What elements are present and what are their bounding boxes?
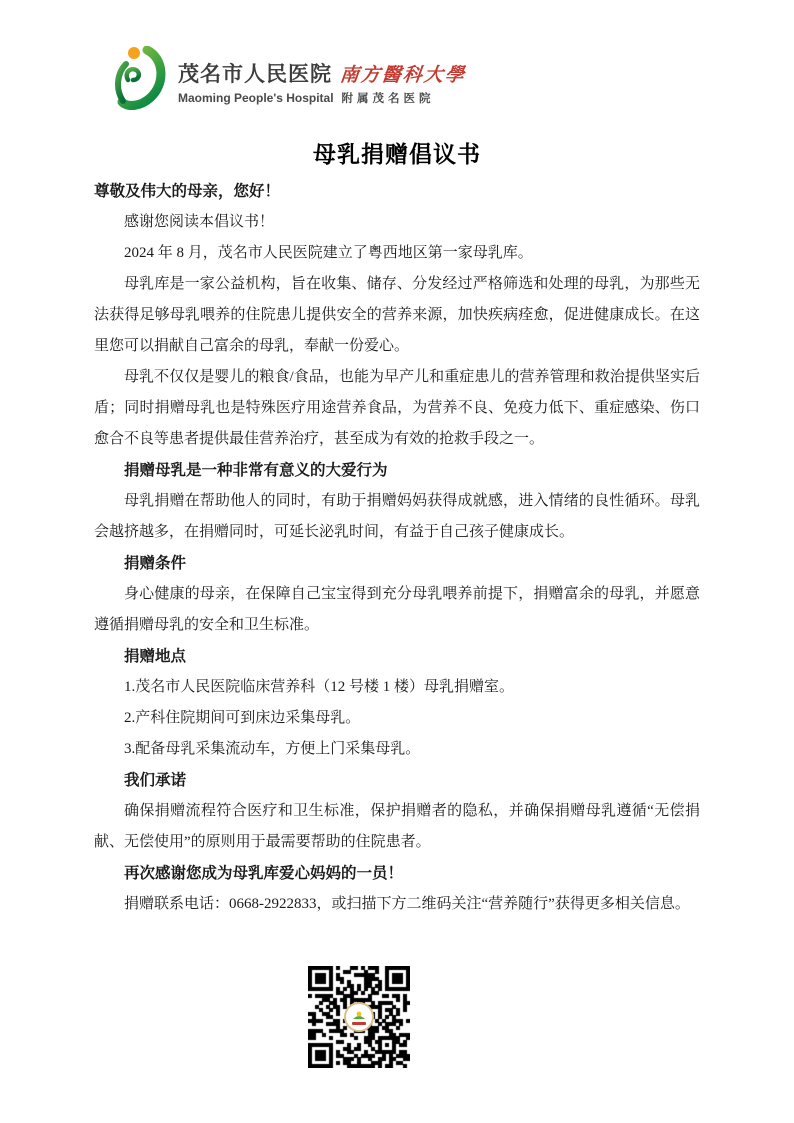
paragraph: 母乳捐赠在帮助他人的同时，有助于捐赠妈妈获得成就感，进入情绪的良性循环。母乳会越… [94,486,700,548]
paragraph: 母乳不仅仅是婴儿的粮食/食品，也能为早产儿和重症患儿的营养管理和救治提供坚实后盾… [94,362,700,455]
hospital-name-en: Maoming People's Hospital [178,91,334,105]
university-calligraphy: 南方醫科大學 [339,60,468,87]
heart-swirl-logo-icon [110,46,168,110]
greeting-line: 尊敬及伟大的母亲，您好！ [94,176,700,207]
logo-orange-dot [128,47,140,59]
document-title: 母乳捐赠倡议书 [0,136,794,169]
hospital-name-cn: 茂名市人民医院 [178,58,332,88]
qr-center-logo-text-mark [352,1022,366,1025]
contact-paragraph: 捐赠联系电话：0668-2922833，或扫描下方二维码关注“营养随行”获得更多… [94,889,700,920]
document-body: 尊敬及伟大的母亲，您好！ 感谢您阅读本倡议书！ 2024 年 8 月，茂名市人民… [94,176,700,920]
list-item: 1.茂名市人民医院临床营养科（12 号楼 1 楼）母乳捐赠室。 [94,672,700,703]
section-heading: 捐赠母乳是一种非常有意义的大爱行为 [94,455,700,486]
logo-text-block: 茂名市人民医院 南方醫科大學 Maoming People's Hospital… [178,46,466,106]
list-item: 3.配备母乳采集流动车，方便上门采集母乳。 [94,734,700,765]
paragraph: 2024 年 8 月，茂名市人民医院建立了粤西地区第一家母乳库。 [94,238,700,269]
paragraph: 确保捐赠流程符合医疗和卫生标准，保护捐赠者的隐私，并确保捐赠母乳遵循“无偿捐献、… [94,796,700,858]
section-heading: 捐赠条件 [94,548,700,579]
section-heading: 捐赠地点 [94,641,700,672]
nutrition-emblem-icon [352,1010,366,1020]
paragraph: 母乳库是一家公益机构，旨在收集、储存、分发经过严格筛选和处理的母乳，为那些无法获… [94,269,700,362]
section-heading: 再次感谢您成为母乳库爱心妈妈的一员！ [94,858,700,889]
paragraph: 身心健康的母亲，在保障自己宝宝得到充分母乳喂养前提下，捐赠富余的母乳，并愿意遵循… [94,579,700,641]
qr-center-logo [344,1002,374,1032]
paragraph: 感谢您阅读本倡议书！ [94,207,700,238]
document-page: 茂名市人民医院 南方醫科大學 Maoming People's Hospital… [0,0,794,1123]
section-heading: 我们承诺 [94,765,700,796]
hospital-logo: 茂名市人民医院 南方醫科大學 Maoming People's Hospital… [110,46,466,110]
list-item: 2.产科住院期间可到床边采集母乳。 [94,703,700,734]
wechat-qr-code [308,966,410,1068]
hospital-affiliation-cn: 附属茂名医院 [342,90,435,106]
